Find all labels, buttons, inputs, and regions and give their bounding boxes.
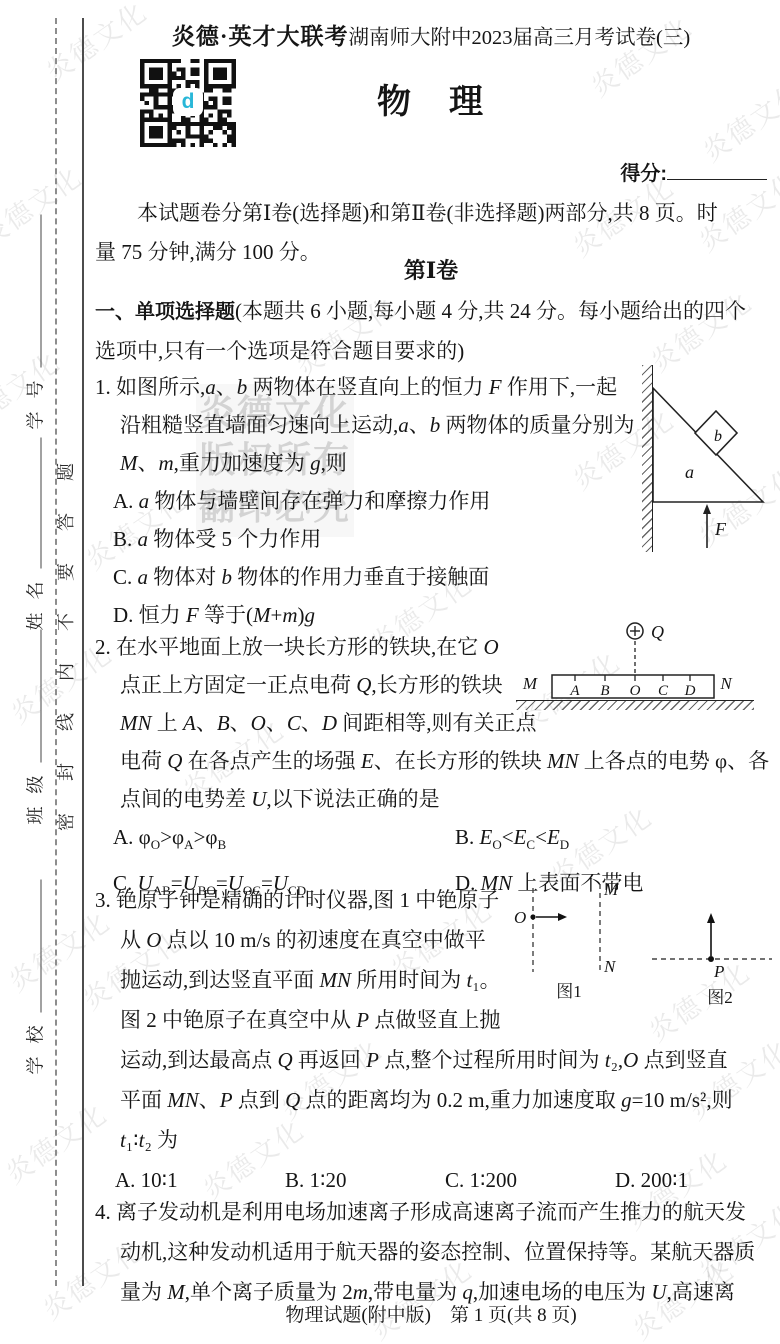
student-id-label: 学号	[22, 368, 48, 430]
figure-q2-charge-block: Q M N A B O C D	[500, 616, 778, 711]
point-p-label: P	[713, 962, 724, 981]
text-line: A. a 物体与墙壁间存在弹力和摩擦力作用	[113, 482, 655, 520]
section1-desc: (本题共 6 小题,每小题 4 分,共 24 分。每小题给出的四个	[235, 299, 746, 323]
text-line: 沿粗糙竖直墙面匀速向上运动,a、b 两物体的质量分别为	[120, 406, 655, 444]
figure-q3-fig2: P 图2	[648, 893, 778, 1010]
seal-solid-line	[82, 18, 84, 1286]
question-1-stem: 1. 如图所示,a、b 两物体在竖直向上的恒力 F 作用下,一起沿粗糙竖直墙面匀…	[120, 368, 655, 482]
text-line: 平面 MN、P 点到 Q 点的距离均为 0.2 m,重力加速度取 g=10 m/…	[120, 1080, 771, 1120]
figure-q1-incline: b a F	[630, 360, 780, 560]
force-arrowhead	[703, 504, 711, 514]
question-1: 1. 如图所示,a、b 两物体在竖直向上的恒力 F 作用下,一起沿粗糙竖直墙面匀…	[95, 368, 655, 634]
exam-paper-page: 炎德文化炎德文化炎德文化炎德文化炎德文化炎德文化炎德文化炎德文化炎德文化炎德文化…	[0, 0, 780, 1344]
figure2-caption: 图2	[707, 988, 733, 1007]
exam-series-title: 炎德·英才大联考	[172, 24, 349, 49]
point-o-label: O	[630, 683, 641, 699]
text-line: t₁∶t₂ 为	[120, 1120, 771, 1160]
score-label: 得分:	[620, 163, 667, 185]
subject-title: 物 理	[95, 74, 767, 123]
point-n-label: N	[719, 674, 733, 693]
question-4: 4. 离子发动机是利用电场加速离子形成高速离子流而产生推力的航天发动机,这种发动…	[95, 1192, 771, 1312]
text-line: 本试题卷分第Ⅰ卷(选择题)和第Ⅱ卷(非选择题)两部分,共 8 页。时	[95, 194, 771, 233]
charge-label: Q	[651, 622, 664, 642]
text-line: M、m,重力加速度为 g,则	[120, 444, 655, 482]
student-name-label: 姓名	[22, 569, 48, 631]
class-label: 班级	[22, 763, 48, 825]
figure1-caption: 图1	[556, 982, 582, 1001]
text-line: 电荷 Q 在各点产生的场强 E、在长方形的铁块 MN 上各点的电势 φ、各	[120, 742, 771, 780]
text-line: 动机,这种发动机适用于航天器的姿态控制、位置保持等。某航天器质	[120, 1232, 771, 1272]
text-line: 4. 离子发动机是利用电场加速离子形成高速离子流而产生推力的航天发	[120, 1192, 771, 1232]
student-name-field: 姓名	[22, 438, 46, 631]
seal-text: 密封线内不要答题	[52, 431, 78, 831]
part1-title: 第Ⅰ卷	[95, 254, 767, 285]
point-c-label: C	[658, 683, 669, 699]
point-o-dot	[530, 914, 535, 919]
text-line: 运动,到达最高点 Q 再返回 P 点,整个过程所用时间为 t₂,O 点到竖直	[120, 1040, 771, 1080]
class-blank-line	[25, 630, 42, 763]
point-o-label: O	[514, 908, 526, 927]
class-field: 班级	[22, 630, 46, 825]
figure-q3-fig1: O M N 图1	[512, 880, 632, 1008]
score-block: 得分:	[95, 157, 767, 186]
point-n-label: N	[603, 957, 617, 976]
force-label: F	[714, 519, 727, 539]
question-1-options: A. a 物体与墙壁间存在弹力和摩擦力作用B. a 物体受 5 个力作用C. a…	[120, 482, 655, 634]
student-id-blank-line	[25, 215, 42, 368]
school-field: 学校	[22, 880, 46, 1075]
page-footer: 物理试题(附中版) 第 1 页(共 8 页)	[95, 1300, 767, 1327]
block-a-label: a	[685, 462, 694, 482]
exam-header: 炎德·英才大联考湖南师大附中2023届高三月考试卷(三)	[95, 18, 767, 51]
question-4-stem: 4. 离子发动机是利用电场加速离子形成高速离子流而产生推力的航天发动机,这种发动…	[120, 1192, 771, 1312]
section1-lead: 一、单项选择题	[95, 301, 235, 323]
student-id-field: 学号	[22, 215, 46, 430]
text-line: 1. 如图所示,a、b 两物体在竖直向上的恒力 F 作用下,一起	[120, 368, 655, 406]
student-name-blank-line	[25, 438, 42, 569]
point-d-label: D	[684, 683, 696, 699]
text-line: A. φO>φA>φB	[113, 818, 455, 864]
text-line: C. a 物体对 b 物体的作用力垂直于接触面	[113, 558, 655, 596]
point-m-label: M	[522, 674, 538, 693]
exam-title: 湖南师大附中2023届高三月考试卷(三)	[349, 27, 691, 49]
block-b-label: b	[714, 428, 722, 445]
score-blank-line	[667, 161, 767, 180]
point-m-label: M	[603, 880, 619, 899]
point-a-label: A	[569, 683, 580, 699]
text-line: 点间的电势差 U,以下说法正确的是	[120, 780, 771, 818]
text-line: B. EO<EC<ED	[455, 818, 771, 864]
school-blank-line	[25, 880, 42, 1013]
text-line: B. a 物体受 5 个力作用	[113, 520, 655, 558]
point-b-label: B	[600, 683, 609, 699]
school-label: 学校	[22, 1013, 48, 1075]
